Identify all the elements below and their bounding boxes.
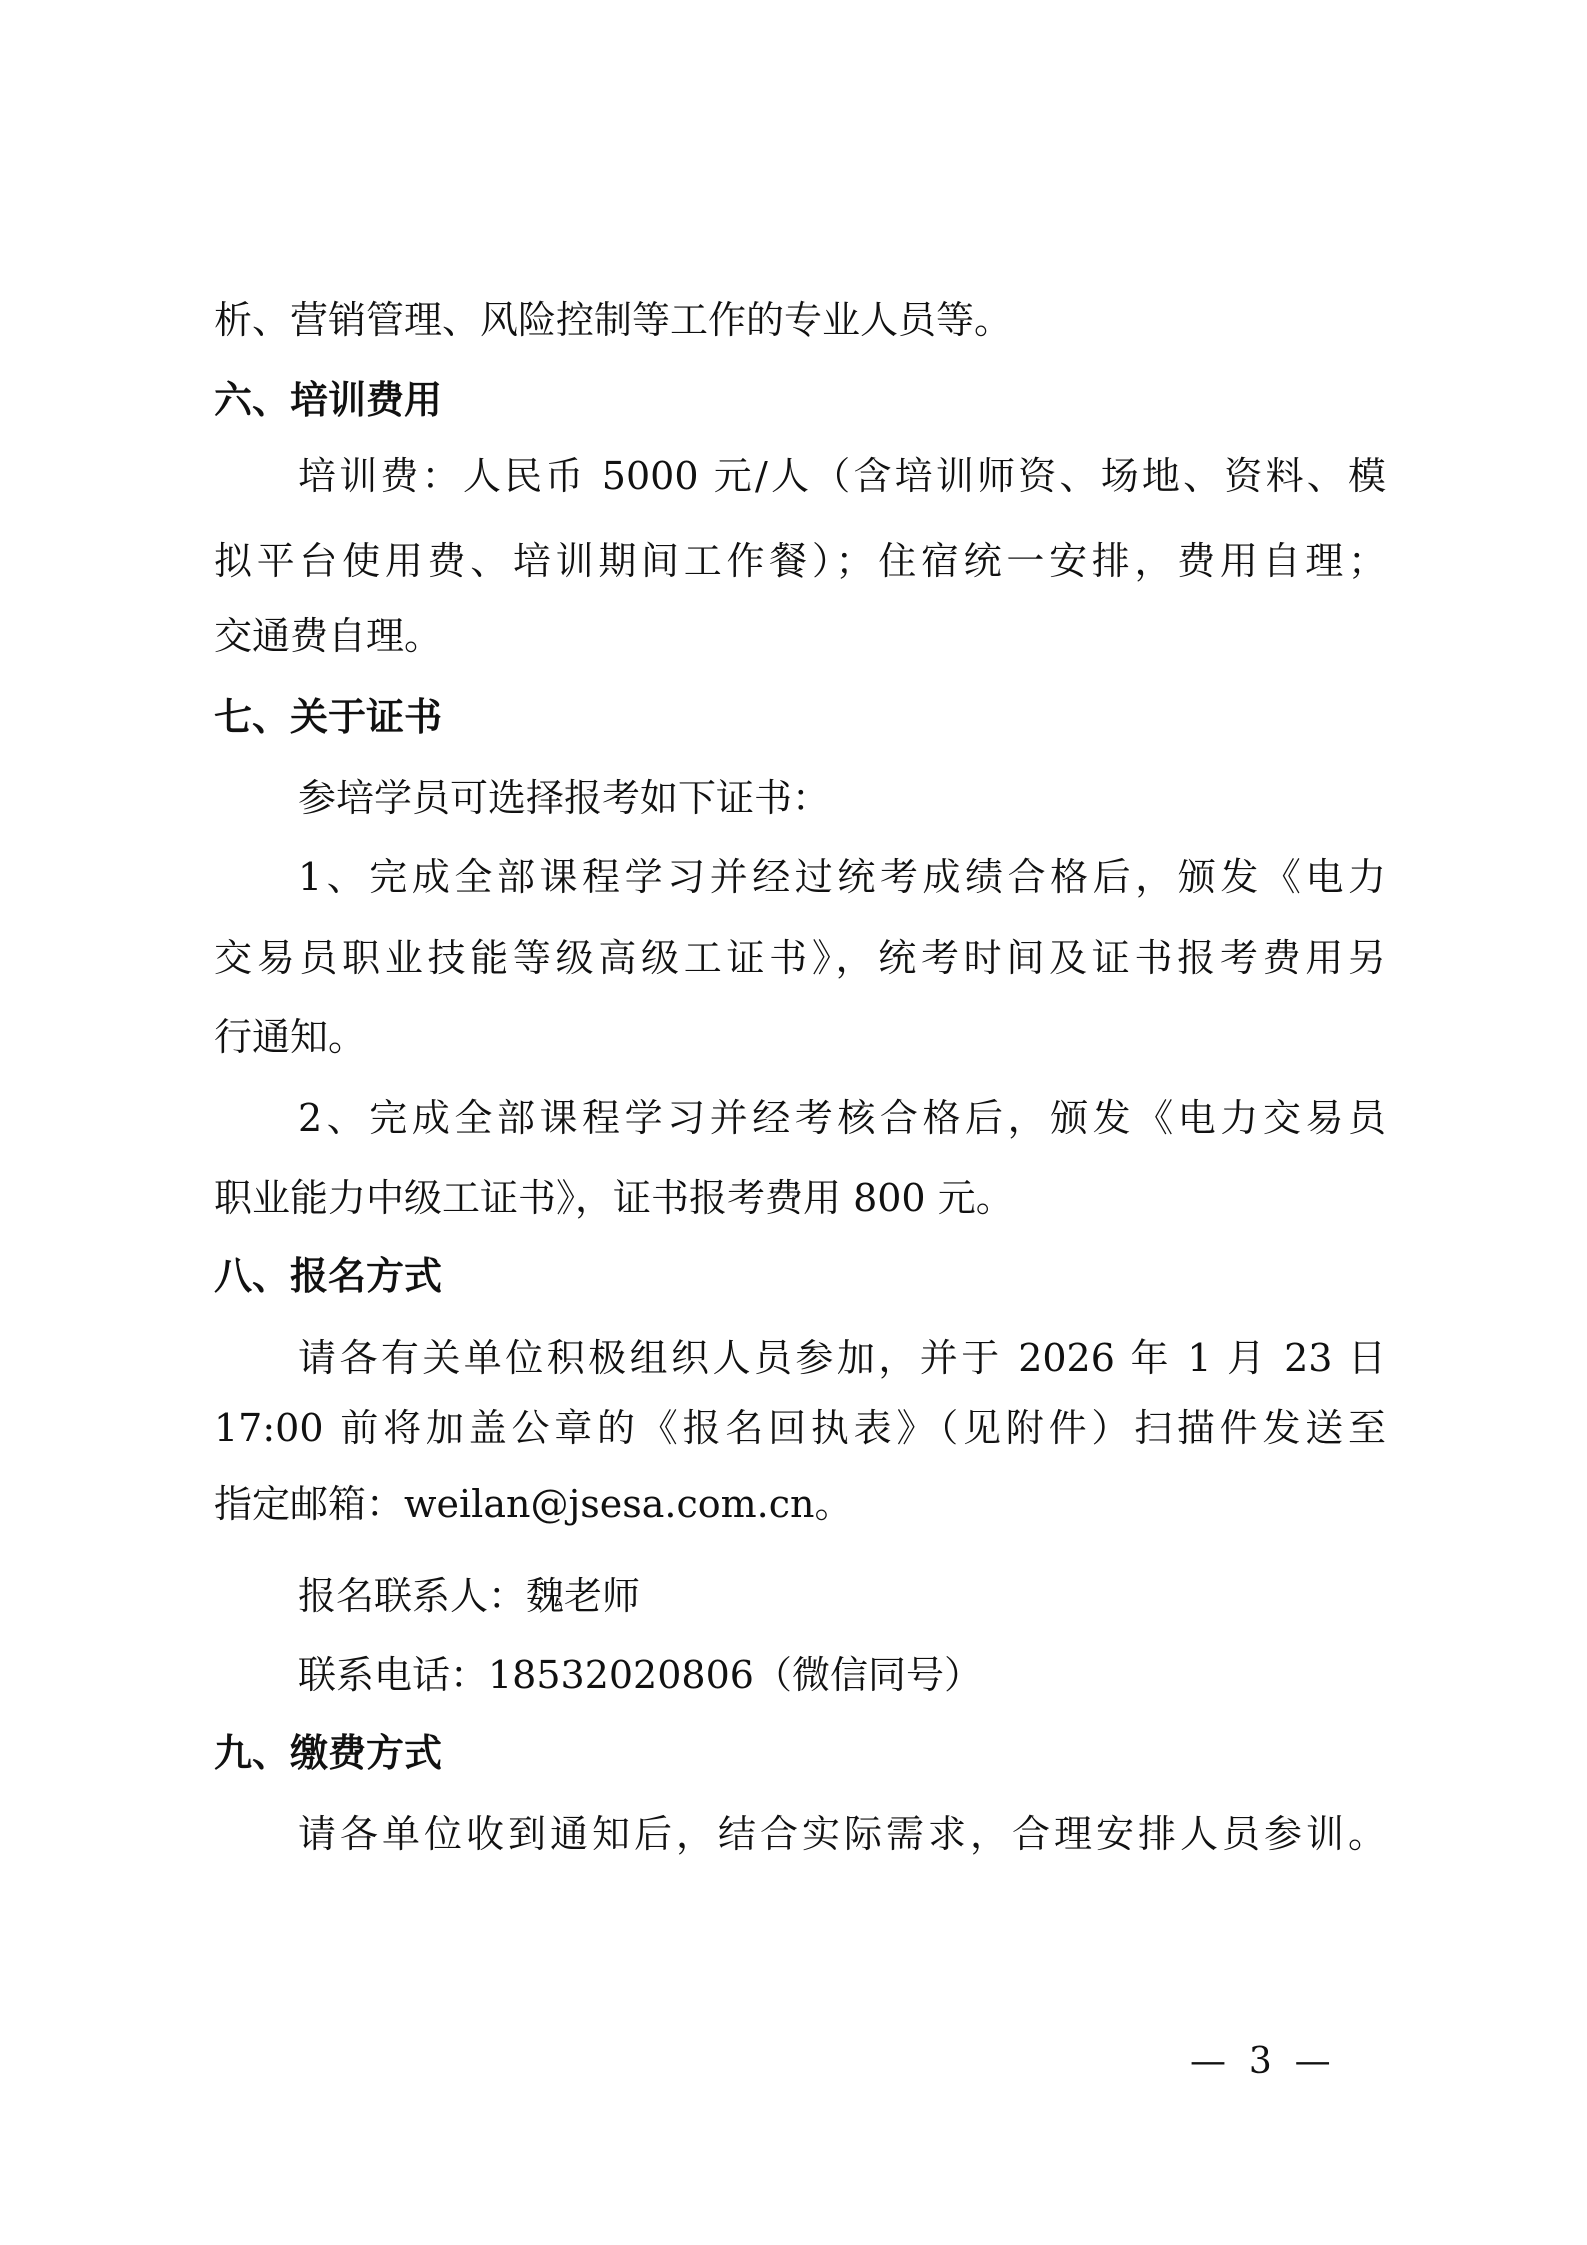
body-line: 职业能力中级工证书》，证书报考费用 800 元。 bbox=[214, 1168, 1386, 1228]
body-line: 析、营销管理、风险控制等工作的专业人员等。 bbox=[214, 290, 1386, 350]
body-line: 17:00 前将加盖公章的《报名回执表》（见附件）扫描件发送至 bbox=[214, 1398, 1386, 1458]
body-line: 交通费自理。 bbox=[214, 606, 1386, 666]
contact-phone-line: 联系电话：18532020806（微信同号） bbox=[214, 1645, 1386, 1705]
body-line: 请各有关单位积极组织人员参加，并于 2026 年 1 月 23 日 bbox=[214, 1328, 1386, 1388]
contact-person-line: 报名联系人：魏老师 bbox=[214, 1566, 1386, 1626]
body-line: 1、完成全部课程学习并经过统考成绩合格后，颁发《电力 bbox=[214, 847, 1386, 907]
body-line: 2、完成全部课程学习并经考核合格后，颁发《电力交易员 bbox=[214, 1088, 1386, 1148]
body-line: 行通知。 bbox=[214, 1007, 1386, 1067]
body-line: 拟平台使用费、培训期间工作餐）；住宿统一安排，费用自理； bbox=[214, 531, 1386, 591]
section-heading-payment: 九、缴费方式 bbox=[214, 1723, 1386, 1783]
body-line: 交易员职业技能等级高级工证书》，统考时间及证书报考费用另 bbox=[214, 928, 1386, 988]
document-page: 析、营销管理、风险控制等工作的专业人员等。 六、培训费用 培训费：人民币 500… bbox=[0, 0, 1587, 2245]
page-number: — 3 — bbox=[1190, 2034, 1390, 2090]
body-line: 培训费：人民币 5000 元/人（含培训师资、场地、资料、模 bbox=[214, 446, 1386, 506]
body-line: 参培学员可选择报考如下证书： bbox=[214, 768, 1386, 828]
section-heading-registration: 八、报名方式 bbox=[214, 1246, 1386, 1306]
body-line: 请各单位收到通知后，结合实际需求，合理安排人员参训。 bbox=[214, 1804, 1386, 1864]
email-line: 指定邮箱：weilan@jsesa.com.cn。 bbox=[214, 1474, 1386, 1534]
section-heading-fees: 六、培训费用 bbox=[214, 370, 1386, 430]
section-heading-certificates: 七、关于证书 bbox=[214, 687, 1386, 747]
